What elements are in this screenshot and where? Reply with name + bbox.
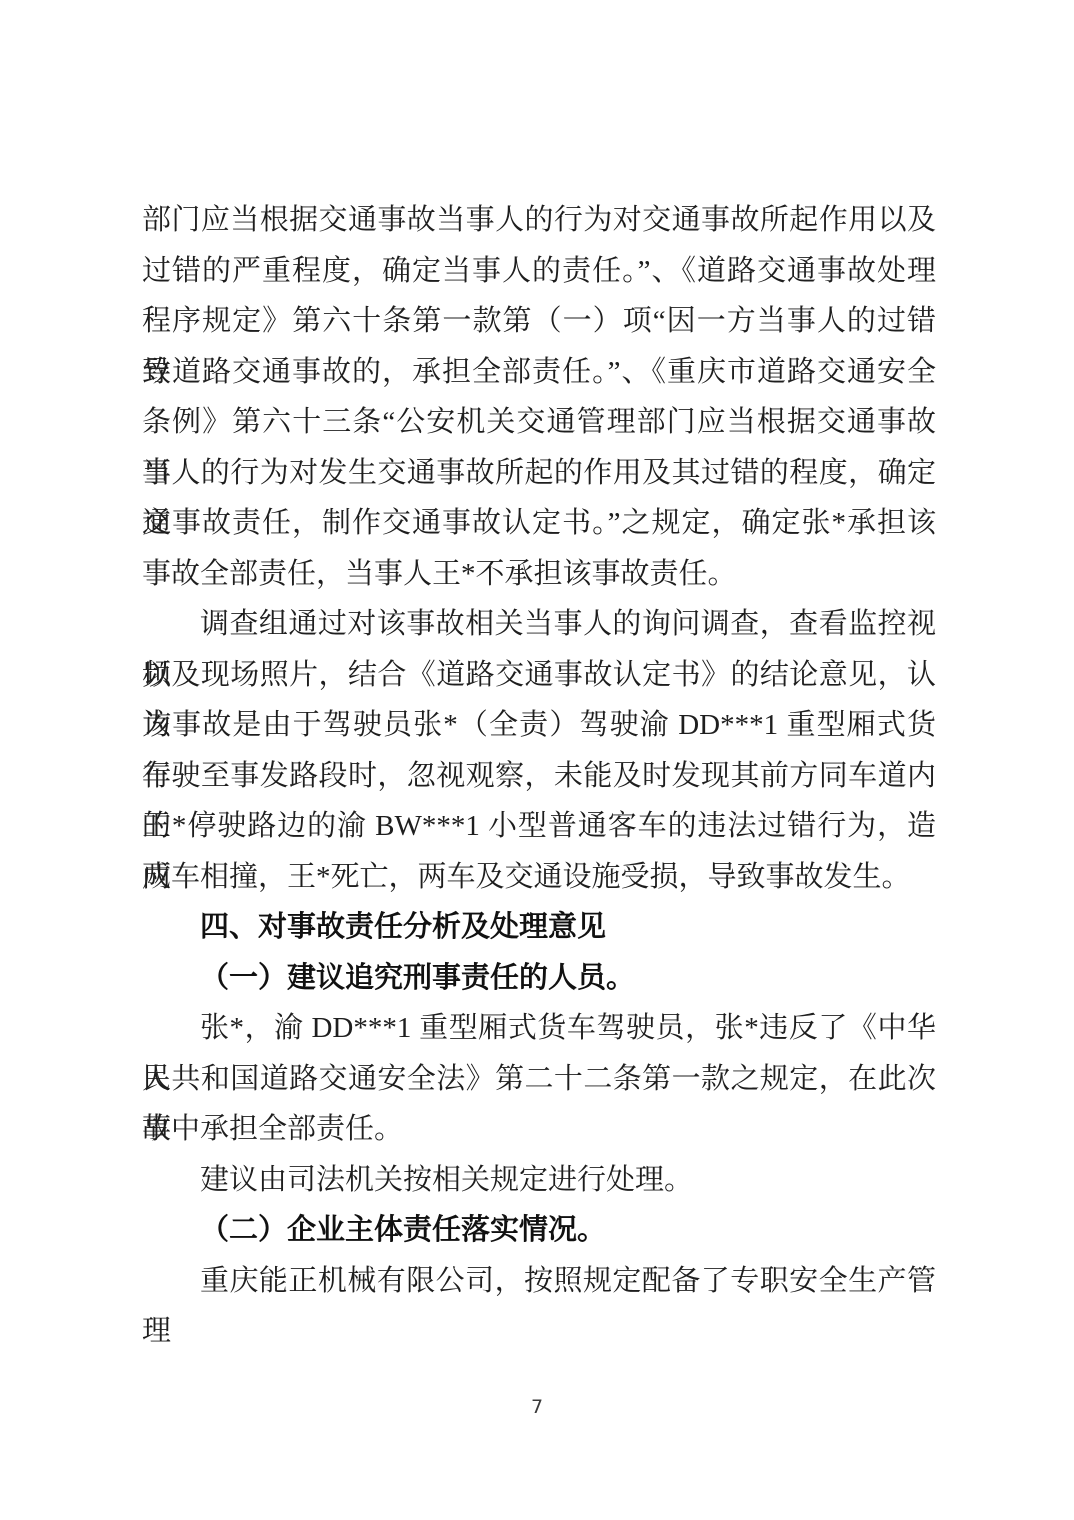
body-line: 以及现场照片，结合《道路交通事故认定书》的结论意见，认为 (142, 650, 936, 701)
body-line: 王*停驶路边的渝 BW***1 小型普通客车的违法过错行为，造成 (142, 801, 936, 852)
body-line: 致道路交通事故的，承担全部责任。”、《重庆市道路交通安全 (142, 347, 936, 398)
body-line: 事故全部责任，当事人王*不承担该事故责任。 (142, 549, 936, 600)
document-body: 部门应当根据交通事故当事人的行为对交通事故所起作用以及过错的严重程度，确定当事人… (142, 195, 936, 1306)
body-line: 过错的严重程度，确定当事人的责任。”、《道路交通事故处理 (142, 246, 936, 297)
body-line: 重庆能正机械有限公司，按照规定配备了专职安全生产管理 (142, 1256, 936, 1307)
body-line: 行驶至事发路段时，忽视观察，未能及时发现其前方同车道内的 (142, 751, 936, 802)
body-line: 条例》第六十三条“公安机关交通管理部门应当根据交通事故当 (142, 397, 936, 448)
body-line: 通事故责任，制作交通事故认定书。”之规定，确定张*承担该 (142, 498, 936, 549)
body-line: 建议由司法机关按相关规定进行处理。 (142, 1155, 936, 1206)
body-line: 该事故是由于驾驶员张*（全责）驾驶渝 DD***1 重型厢式货车 (142, 700, 936, 751)
body-line: 张*，渝 DD***1 重型厢式货车驾驶员，张*违反了《中华人 (142, 1003, 936, 1054)
body-line: 部门应当根据交通事故当事人的行为对交通事故所起作用以及 (142, 195, 936, 246)
section-heading: 四、对事故责任分析及处理意见 (142, 902, 936, 953)
body-line: 民共和国道路交通安全法》第二十二条第一款之规定，在此次事 (142, 1054, 936, 1105)
subsection-heading: （一）建议追究刑事责任的人员。 (142, 953, 936, 1004)
body-line: 事人的行为对发生交通事故所起的作用及其过错的程度，确定交 (142, 448, 936, 499)
subsection-heading: （二）企业主体责任落实情况。 (142, 1205, 936, 1256)
body-line: 调查组通过对该事故相关当事人的询问调查，查看监控视频 (142, 599, 936, 650)
page-number: 7 (0, 1392, 1074, 1422)
document-page: 部门应当根据交通事故当事人的行为对交通事故所起作用以及过错的严重程度，确定当事人… (0, 0, 1074, 1520)
body-line: 故中承担全部责任。 (142, 1104, 936, 1155)
body-line: 两车相撞，王*死亡，两车及交通设施受损，导致事故发生。 (142, 852, 936, 903)
body-line: 程序规定》第六十条第一款第（一）项“因一方当事人的过错导 (142, 296, 936, 347)
